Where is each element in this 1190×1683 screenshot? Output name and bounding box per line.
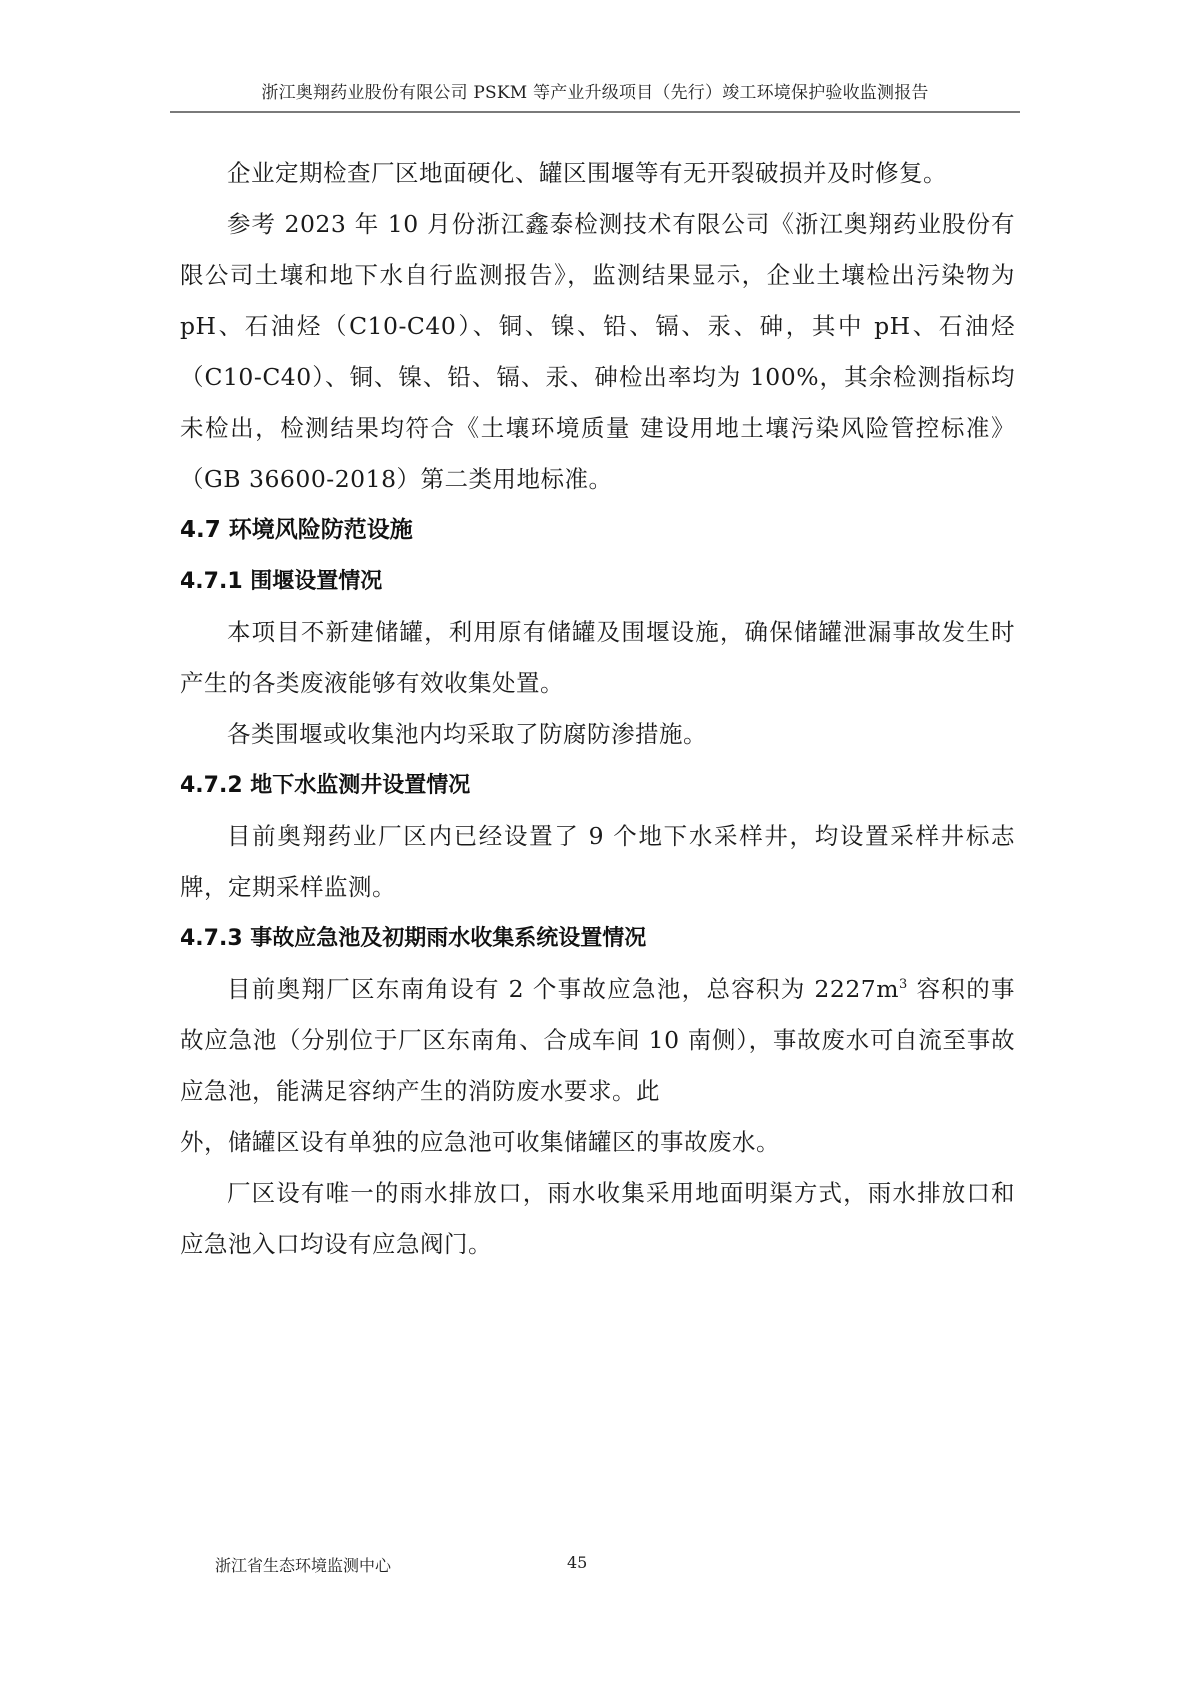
section-heading-4-7: 4.7 环境风险防范设施 (180, 505, 1015, 556)
paragraph-rainwater-outlet: 厂区设有唯一的雨水排放口，雨水收集采用地面明渠方式，雨水排放口和应急池入口均设有… (180, 1168, 1015, 1270)
page-number: 45 (567, 1553, 587, 1572)
section-heading-4-7-1: 4.7.1 围堰设置情况 (180, 556, 1015, 607)
footer-organization: 浙江省生态环境监测中心 (215, 1553, 391, 1576)
emergency-pool-text-a: 目前奥翔厂区东南角设有 2 个事故应急池，总容积为 2227m (227, 975, 899, 1003)
paragraph-soil-monitoring: 参考 2023 年 10 月份浙江鑫泰检测技术有限公司《浙江奥翔药业股份有限公司… (180, 199, 1015, 505)
section-heading-4-7-2: 4.7.2 地下水监测井设置情况 (180, 760, 1015, 811)
cubic-superscript: 3 (899, 977, 908, 992)
running-header: 浙江奥翔药业股份有限公司 PSKM 等产业升级项目（先行）竣工环境保护验收监测报… (170, 82, 1020, 104)
page-body: 企业定期检查厂区地面硬化、罐区围堰等有无开裂破损并及时修复。 参考 2023 年… (180, 148, 1015, 1270)
paragraph-emergency-pool-continued: 外，储罐区设有单独的应急池可收集储罐区的事故废水。 (180, 1117, 1015, 1168)
paragraph-storage-tanks: 本项目不新建储罐，利用原有储罐及围堰设施，确保储罐泄漏事故发生时产生的各类废液能… (180, 607, 1015, 709)
paragraph-maintenance: 企业定期检查厂区地面硬化、罐区围堰等有无开裂破损并及时修复。 (180, 148, 1015, 199)
section-heading-4-7-3: 4.7.3 事故应急池及初期雨水收集系统设置情况 (180, 913, 1015, 964)
paragraph-anticorrosion: 各类围堰或收集池内均采取了防腐防渗措施。 (180, 709, 1015, 760)
paragraph-groundwater-wells: 目前奥翔药业厂区内已经设置了 9 个地下水采样井，均设置采样井标志牌，定期采样监… (180, 811, 1015, 913)
header-divider (170, 111, 1020, 113)
paragraph-emergency-pool: 目前奥翔厂区东南角设有 2 个事故应急池，总容积为 2227m3 容积的事故应急… (180, 964, 1015, 1117)
